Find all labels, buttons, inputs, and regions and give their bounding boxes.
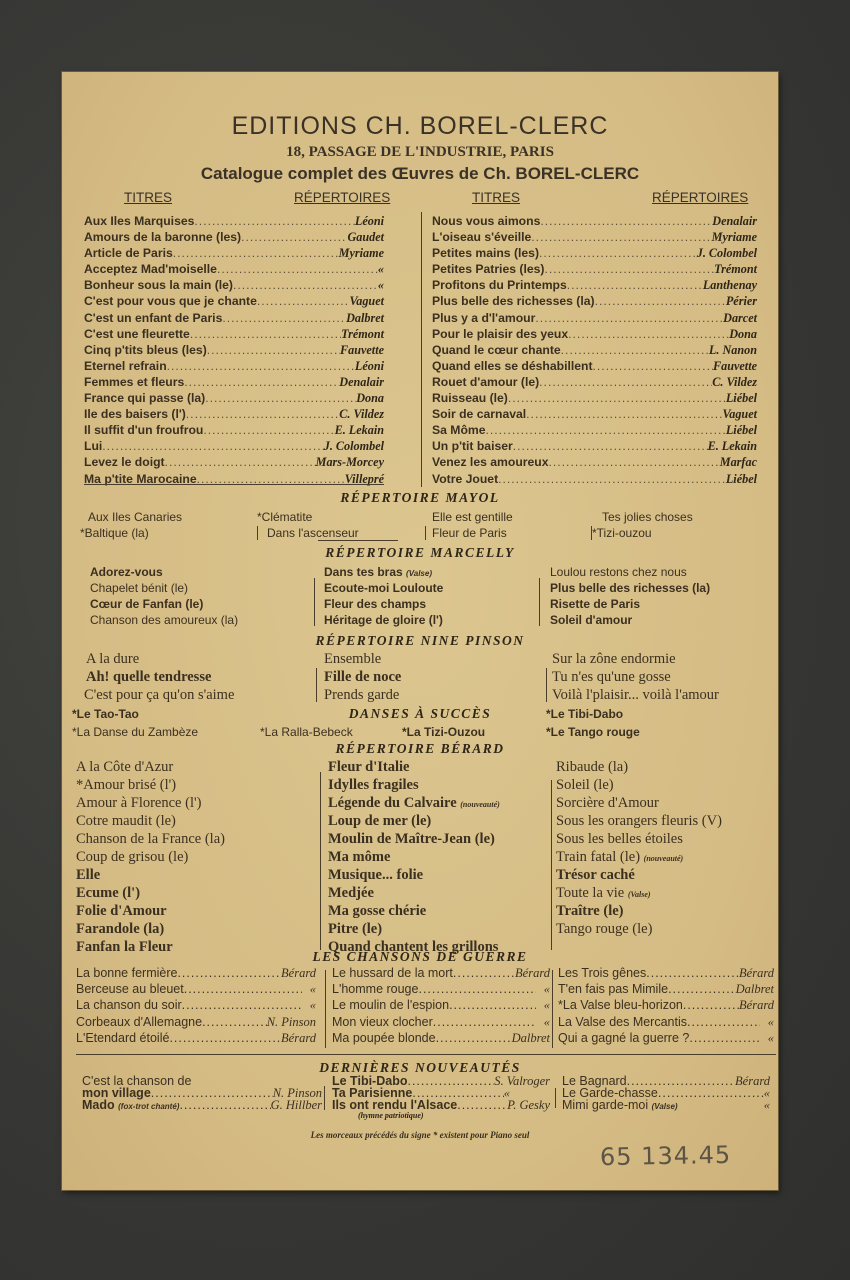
- performer: Dalbret: [736, 981, 774, 997]
- song-title: La Valse des Mercantis: [558, 1014, 687, 1030]
- leader-dots: [539, 374, 712, 390]
- performer: C. Vildez: [712, 374, 757, 390]
- performer: «: [760, 1030, 774, 1046]
- leader-dots: [568, 326, 729, 342]
- col-header-titres-left: TITRES: [124, 190, 172, 205]
- rule: [84, 484, 384, 485]
- song-row: Acceptez Mad'moiselle«: [84, 261, 384, 277]
- leader-dots: [167, 358, 355, 374]
- song-item: Ma gosse chérie: [328, 902, 500, 920]
- song-item: A la dure: [82, 650, 234, 668]
- nouveautes-col2: Le Tibi-DaboS. Valroger Ta Parisienne« I…: [332, 1075, 550, 1120]
- song-item: Sorcière d'Amour: [556, 794, 722, 812]
- song-item: *Baltique (la): [80, 525, 182, 541]
- song-row: Plus belle des richesses (la)Périer: [432, 293, 757, 309]
- song-item: Toute la vie (Valse): [556, 884, 722, 902]
- section-heading-pinson: RÉPERTOIRE NINE PINSON: [62, 633, 778, 649]
- leader-dots: [257, 293, 350, 309]
- performer: Dalbret: [346, 310, 384, 326]
- song-row: La chanson du soir«: [76, 997, 316, 1013]
- song-title: Plus y a d'l'amour: [432, 310, 535, 326]
- song-row: Le moulin de l'espion«: [332, 997, 550, 1013]
- performer: Dona: [729, 326, 757, 342]
- performer: E. Lekain: [335, 422, 384, 438]
- song-row: Berceuse au bleuet«: [76, 981, 316, 997]
- song-row: Profitons du PrintempsLanthenay: [432, 277, 757, 293]
- dance-item: *Le Tango rouge: [546, 724, 640, 740]
- song-item: Risette de Paris: [550, 596, 710, 612]
- catalogue-sheet: EDITIONS CH. BOREL-CLERC 18, PASSAGE DE …: [62, 72, 778, 1190]
- leader-dots: [539, 245, 697, 261]
- leader-dots: [177, 965, 281, 981]
- performer: Fauvette: [340, 342, 384, 358]
- performer: Darcet: [723, 310, 757, 326]
- performer: Vaguet: [722, 406, 757, 422]
- song-item: Loup de mer (le): [328, 812, 500, 830]
- leader-dots: [453, 965, 515, 981]
- song-item: Train fatal (le) (nouveauté): [556, 848, 722, 866]
- song-title: C'est une fleurette: [84, 326, 190, 342]
- nouveautes-col3: Le BagnardBérard Le Garde-chasse« Mimi g…: [562, 1075, 770, 1111]
- column-divider: [325, 970, 326, 1048]
- song-title: Eternel refrain: [84, 358, 167, 374]
- catalogue-heading: Catalogue complet des Œuvres de Ch. BORE…: [62, 164, 778, 184]
- song-row: Il suffit d'un froufrouE. Lekain: [84, 422, 384, 438]
- song-row: Venez les amoureuxMarfac: [432, 454, 757, 470]
- leader-dots: [184, 981, 302, 997]
- performer: Denalair: [712, 213, 757, 229]
- col-header-titres-right: TITRES: [472, 190, 520, 205]
- column-divider: [316, 668, 317, 702]
- song-row: *La Valse bleu-horizonBérard: [558, 997, 774, 1013]
- leader-dots: [202, 1014, 267, 1030]
- song-row: C'est un enfant de ParisDalbret: [84, 310, 384, 326]
- song-item: Plus belle des richesses (la): [550, 580, 710, 596]
- column-divider: [551, 780, 552, 950]
- performer: Vaguet: [349, 293, 384, 309]
- leader-dots: [498, 471, 726, 487]
- leader-dots: [449, 997, 536, 1013]
- rule: [318, 540, 398, 541]
- song-row: Sa MômeLiébel: [432, 422, 757, 438]
- column-divider: [421, 212, 422, 487]
- song-item: Idylles fragiles: [328, 776, 500, 794]
- song-row: L'oiseau s'éveilleMyriame: [432, 229, 757, 245]
- song-item: Ribaude (la): [556, 758, 722, 776]
- performer: Léoni: [355, 213, 384, 229]
- performer: Périer: [726, 293, 757, 309]
- song-title: *La Valse bleu-horizon: [558, 997, 683, 1013]
- leader-dots: [549, 454, 720, 470]
- song-title: Levez le doigt: [84, 454, 165, 470]
- song-title: Aux Iles Marquises: [84, 213, 194, 229]
- song-title: Ruisseau (le): [432, 390, 508, 406]
- song-row: Quand elles se déshabillentFauvette: [432, 358, 757, 374]
- song-row: L'Etendard étoiléBérard: [76, 1030, 316, 1046]
- song-title: Le hussard de la mort: [332, 965, 453, 981]
- song-item: Sous les orangers fleuris (V): [556, 812, 722, 830]
- performer: Léoni: [355, 358, 384, 374]
- song-title: La bonne fermière: [76, 965, 177, 981]
- song-title: L'homme rouge: [332, 981, 418, 997]
- song-row: Soir de carnavalVaguet: [432, 406, 757, 422]
- song-title: Plus belle des richesses (la): [432, 293, 595, 309]
- song-item: Folie d'Amour: [76, 902, 225, 920]
- song-title: Un p'tit baiser: [432, 438, 513, 454]
- column-divider: [546, 668, 547, 702]
- leader-dots: [186, 406, 340, 422]
- performer: Bérard: [281, 1030, 316, 1046]
- song-row: Article de ParisMyriame: [84, 245, 384, 261]
- leader-dots: [508, 390, 726, 406]
- performer: Dalbret: [512, 1030, 550, 1046]
- song-item: *Amour brisé (l'): [76, 776, 225, 794]
- marcelly-col1: Adorez-vous Chapelet bénit (le) Cœur de …: [90, 564, 238, 628]
- song-item: Ah! quelle tendresse: [82, 668, 234, 686]
- song-row: C'est une fleuretteTrémont: [84, 326, 384, 342]
- song-row: Nous vous aimonsDenalair: [432, 213, 757, 229]
- leader-dots: [184, 374, 339, 390]
- guerre-col2: Le hussard de la mortBérardL'homme rouge…: [332, 965, 550, 1046]
- leader-dots: [593, 358, 713, 374]
- song-title: Il suffit d'un froufrou: [84, 422, 203, 438]
- song-row: Eternel refrainLéoni: [84, 358, 384, 374]
- performer: N. Pinson: [267, 1014, 316, 1030]
- leader-dots: [567, 277, 703, 293]
- leader-dots: [203, 422, 334, 438]
- leader-dots: [433, 1014, 536, 1030]
- song-title: France qui passe (la): [84, 390, 205, 406]
- song-title: Quand elles se déshabillent: [432, 358, 593, 374]
- performer: Bérard: [739, 965, 774, 981]
- song-title: La chanson du soir: [76, 997, 182, 1013]
- song-title: Ile des baisers (l'): [84, 406, 186, 422]
- song-title: Nous vous aimons: [432, 213, 540, 229]
- song-item: Tu n'es qu'une gosse: [552, 668, 719, 686]
- leader-dots: [165, 454, 316, 470]
- performer: «: [536, 1014, 550, 1030]
- song-item: Elle est gentille: [432, 509, 513, 525]
- leader-dots: [486, 422, 726, 438]
- song-row: C'est pour vous que je chanteVaguet: [84, 293, 384, 309]
- song-title: Ma poupée blonde: [332, 1030, 436, 1046]
- song-item: Mimi garde-moi (Valse)«: [562, 1099, 770, 1111]
- song-title: Rouet d'amour (le): [432, 374, 539, 390]
- column-divider: [555, 1088, 556, 1108]
- song-row: Ruisseau (le)Liébel: [432, 390, 757, 406]
- performer: «: [378, 277, 384, 293]
- song-row: La bonne fermièreBérard: [76, 965, 316, 981]
- song-item: Loulou restons chez nous: [550, 564, 710, 580]
- leader-dots: [513, 438, 708, 454]
- berard-col3: Ribaude (la)Soleil (le)Sorcière d'AmourS…: [556, 758, 722, 938]
- column-divider: [552, 970, 553, 1048]
- performer: Trémont: [714, 261, 757, 277]
- song-row: Les Trois gênesBérard: [558, 965, 774, 981]
- song-item: Fille de noce: [324, 668, 401, 686]
- song-item: Trésor caché: [556, 866, 722, 884]
- song-row: LuiJ. Colombel: [84, 438, 384, 454]
- performer: Dona: [356, 390, 384, 406]
- performer: Myriame: [339, 245, 384, 261]
- leader-dots: [102, 438, 323, 454]
- song-row: Aux Iles MarquisesLéoni: [84, 213, 384, 229]
- guerre-col3: Les Trois gênesBérardT'en fais pas Mimil…: [558, 965, 774, 1046]
- performer: «: [760, 1014, 774, 1030]
- song-item: Pitre (le): [328, 920, 500, 938]
- song-item: Coup de grisou (le): [76, 848, 225, 866]
- song-title: Mon vieux clocher: [332, 1014, 433, 1030]
- catalogue-left-list: Aux Iles MarquisesLéoniAmours de la baro…: [84, 213, 384, 487]
- song-title: Lui: [84, 438, 102, 454]
- song-item: Medjée: [328, 884, 500, 902]
- song-row: Un p'tit baiserE. Lekain: [432, 438, 757, 454]
- song-item: Traître (le): [556, 902, 722, 920]
- publisher-title: EDITIONS CH. BOREL-CLERC: [62, 112, 778, 141]
- song-item: Farandole (la): [76, 920, 225, 938]
- song-title: Venez les amoureux: [432, 454, 549, 470]
- performer: Liébel: [726, 390, 757, 406]
- song-item: Légende du Calvaire (nouveauté): [328, 794, 500, 812]
- leader-dots: [205, 390, 356, 406]
- performer: Liébel: [726, 471, 757, 487]
- song-title: Pour le plaisir des yeux: [432, 326, 568, 342]
- song-title: Profitons du Printemps: [432, 277, 567, 293]
- song-row: Petites mains (les)J. Colombel: [432, 245, 757, 261]
- song-item: Amour à Florence (l'): [76, 794, 225, 812]
- mayol-col2: *Clématite Dans l'ascenseur: [257, 509, 359, 541]
- song-item: Chapelet bénit (le): [90, 580, 238, 596]
- song-item: Chanson de la France (la): [76, 830, 225, 848]
- dance-item: *La Ralla-Bebeck: [260, 724, 353, 740]
- song-title: T'en fais pas Mimile: [558, 981, 668, 997]
- song-title: Qui a gagné la guerre ?: [558, 1030, 689, 1046]
- pinson-col3: Sur la zône endormie Tu n'es qu'une goss…: [552, 650, 719, 704]
- performer: J. Colombel: [324, 438, 384, 454]
- song-title: Sa Môme: [432, 422, 486, 438]
- leader-dots: [241, 229, 347, 245]
- song-item: A la Côte d'Azur: [76, 758, 225, 776]
- song-item: Tes jolies choses: [592, 509, 693, 525]
- song-row: Bonheur sous la main (le)«: [84, 277, 384, 293]
- marcelly-col3: Loulou restons chez nous Plus belle des …: [550, 564, 710, 628]
- song-title: Femmes et fleurs: [84, 374, 184, 390]
- song-item: Mado (fox-trot chanté)G. Hillber: [82, 1099, 322, 1111]
- song-title: C'est pour vous que je chante: [84, 293, 257, 309]
- performer: Mars-Morcey: [316, 454, 384, 470]
- section-heading-guerre: LES CHANSONS DE GUERRE: [62, 949, 778, 965]
- leader-dots: [687, 1014, 760, 1030]
- song-title: Berceuse au bleuet: [76, 981, 184, 997]
- song-row: Femmes et fleursDenalair: [84, 374, 384, 390]
- column-divider: [425, 526, 426, 540]
- section-heading-marcelly: RÉPERTOIRE MARCELLY: [62, 545, 778, 561]
- leader-dots: [531, 229, 711, 245]
- song-item: *Clématite: [257, 509, 359, 525]
- performer: Bérard: [739, 997, 774, 1013]
- performer: Trémont: [341, 326, 384, 342]
- leader-dots: [689, 1030, 760, 1046]
- song-item: Prends garde: [324, 686, 401, 704]
- leader-dots: [222, 310, 346, 326]
- song-row: Mon vieux clocher«: [332, 1014, 550, 1030]
- song-row: Quand le cœur chanteL. Nanon: [432, 342, 757, 358]
- song-item: Dans tes bras (Valse): [324, 564, 443, 580]
- song-title: Article de Paris: [84, 245, 173, 261]
- song-item: Chanson des amoureux (la): [90, 612, 238, 628]
- leader-dots: [173, 245, 339, 261]
- song-item: Dans l'ascenseur: [257, 525, 359, 541]
- song-title: Bonheur sous la main (le): [84, 277, 233, 293]
- song-item: Musique... folie: [328, 866, 500, 884]
- leader-dots: [683, 997, 739, 1013]
- leader-dots: [194, 213, 354, 229]
- song-row: Petites Patries (les)Trémont: [432, 261, 757, 277]
- column-divider: [324, 1086, 325, 1110]
- song-title: Les Trois gênes: [558, 965, 646, 981]
- mayol-col1: Aux Iles Canaries *Baltique (la): [80, 509, 182, 541]
- song-row: Corbeaux d'AllemagneN. Pinson: [76, 1014, 316, 1030]
- rule: [76, 1054, 776, 1055]
- song-item: *Tizi-ouzou: [592, 525, 693, 541]
- leader-dots: [561, 342, 709, 358]
- song-item: Aux Iles Canaries: [80, 509, 182, 525]
- mayol-col3: Elle est gentille Fleur de Paris: [432, 509, 513, 541]
- song-row: Levez le doigtMars-Morcey: [84, 454, 384, 470]
- pinson-col1: A la dure Ah! quelle tendresse C'est pou…: [82, 650, 234, 704]
- song-title: Quand le cœur chante: [432, 342, 561, 358]
- performer: Gaudet: [347, 229, 384, 245]
- song-item: Soleil (le): [556, 776, 722, 794]
- song-item: Héritage de gloire (l'): [324, 612, 443, 628]
- song-title: Cinq p'tits bleus (les): [84, 342, 207, 358]
- song-row: Qui a gagné la guerre ?«: [558, 1030, 774, 1046]
- song-row: France qui passe (la)Dona: [84, 390, 384, 406]
- mayol-col4: Tes jolies choses *Tizi-ouzou: [592, 509, 693, 541]
- performer: «: [378, 261, 384, 277]
- song-row: Plus y a d'l'amourDarcet: [432, 310, 757, 326]
- song-row: Cinq p'tits bleus (les)Fauvette: [84, 342, 384, 358]
- leader-dots: [526, 406, 722, 422]
- section-heading-berard: RÉPERTOIRE BÉRARD: [62, 741, 778, 757]
- song-item: Tango rouge (le): [556, 920, 722, 938]
- song-row: Le hussard de la mortBérard: [332, 965, 550, 981]
- leader-dots: [418, 981, 536, 997]
- leader-dots: [182, 997, 302, 1013]
- song-item: Ils ont rendu l'AlsaceP. Gesky: [332, 1099, 550, 1111]
- song-row: Ile des baisers (l')C. Vildez: [84, 406, 384, 422]
- leader-dots: [169, 1030, 281, 1046]
- song-item: Voilà l'plaisir... voilà l'amour: [552, 686, 719, 704]
- song-item: Fleur d'Italie: [328, 758, 500, 776]
- song-item: Ecoute-moi Louloute: [324, 580, 443, 596]
- song-title: Amours de la baronne (les): [84, 229, 241, 245]
- leader-dots: [544, 261, 714, 277]
- pinson-col2: Ensemble Fille de noce Prends garde: [324, 650, 401, 704]
- song-item: Moulin de Maître-Jean (le): [328, 830, 500, 848]
- berard-col2: Fleur d'ItalieIdylles fragilesLégende du…: [328, 758, 500, 956]
- song-title: C'est un enfant de Paris: [84, 310, 222, 326]
- performer: Myriame: [712, 229, 757, 245]
- song-row: T'en fais pas MimileDalbret: [558, 981, 774, 997]
- section-heading-danses: DANSES À SUCCÈS: [62, 706, 778, 722]
- performer: E. Lekain: [708, 438, 757, 454]
- leader-dots: [595, 293, 726, 309]
- song-title: L'Etendard étoilé: [76, 1030, 169, 1046]
- song-row: Pour le plaisir des yeuxDona: [432, 326, 757, 342]
- song-item: Ma môme: [328, 848, 500, 866]
- performer: Fauvette: [713, 358, 757, 374]
- column-divider: [257, 526, 258, 540]
- performer: Liébel: [726, 422, 757, 438]
- performer: J. Colombel: [697, 245, 757, 261]
- leader-dots: [217, 261, 378, 277]
- song-title: Soir de carnaval: [432, 406, 526, 422]
- performer: «: [302, 981, 316, 997]
- leader-dots: [535, 310, 723, 326]
- song-title: Votre Jouet: [432, 471, 498, 487]
- song-item: Ensemble: [324, 650, 401, 668]
- guerre-col1: La bonne fermièreBérardBerceuse au bleue…: [76, 965, 316, 1046]
- leader-dots: [233, 277, 378, 293]
- dance-item: *La Tizi-Ouzou: [402, 724, 485, 740]
- section-heading-mayol: RÉPERTOIRE MAYOL: [62, 490, 778, 506]
- column-divider: [320, 772, 321, 950]
- song-item: Adorez-vous: [90, 564, 238, 580]
- song-item: Fleur de Paris: [432, 525, 513, 541]
- column-divider: [314, 578, 315, 626]
- song-item: Cœur de Fanfan (le): [90, 596, 238, 612]
- song-title: Corbeaux d'Allemagne: [76, 1014, 202, 1030]
- leader-dots: [190, 326, 341, 342]
- song-item: Sur la zône endormie: [552, 650, 719, 668]
- leader-dots: [646, 965, 739, 981]
- song-title: Petites mains (les): [432, 245, 539, 261]
- song-row: Rouet d'amour (le)C. Vildez: [432, 374, 757, 390]
- song-row: Amours de la baronne (les)Gaudet: [84, 229, 384, 245]
- song-row: La Valse des Mercantis«: [558, 1014, 774, 1030]
- song-item: Elle: [76, 866, 225, 884]
- song-item: Soleil d'amour: [550, 612, 710, 628]
- song-item: Fleur des champs: [324, 596, 443, 612]
- col-header-repertoires-right: RÉPERTOIRES: [652, 190, 748, 205]
- col-header-repertoires-left: RÉPERTOIRES: [294, 190, 390, 205]
- song-title: Le moulin de l'espion: [332, 997, 449, 1013]
- marcelly-col2: Dans tes bras (Valse) Ecoute-moi Loulout…: [324, 564, 443, 628]
- anthem-note: (hymne patriotique): [332, 1111, 550, 1120]
- publisher-address: 18, PASSAGE DE L'INDUSTRIE, PARIS: [62, 144, 778, 161]
- leader-dots: [436, 1030, 512, 1046]
- song-title: L'oiseau s'éveille: [432, 229, 531, 245]
- performer: C. Vildez: [339, 406, 384, 422]
- column-divider: [591, 526, 592, 540]
- performer: Bérard: [281, 965, 316, 981]
- leader-dots: [668, 981, 736, 997]
- performer: «: [302, 997, 316, 1013]
- performer: «: [536, 997, 550, 1013]
- leader-dots: [540, 213, 712, 229]
- leader-dots: [207, 342, 340, 358]
- song-item: Cotre maudit (le): [76, 812, 225, 830]
- column-divider: [539, 578, 540, 626]
- performer: L. Nanon: [709, 342, 757, 358]
- song-item: Sous les belles étoiles: [556, 830, 722, 848]
- song-row: L'homme rouge«: [332, 981, 550, 997]
- song-title: Acceptez Mad'moiselle: [84, 261, 217, 277]
- performer: Marfac: [720, 454, 757, 470]
- performer: Bérard: [515, 965, 550, 981]
- song-item: Ecume (l'): [76, 884, 225, 902]
